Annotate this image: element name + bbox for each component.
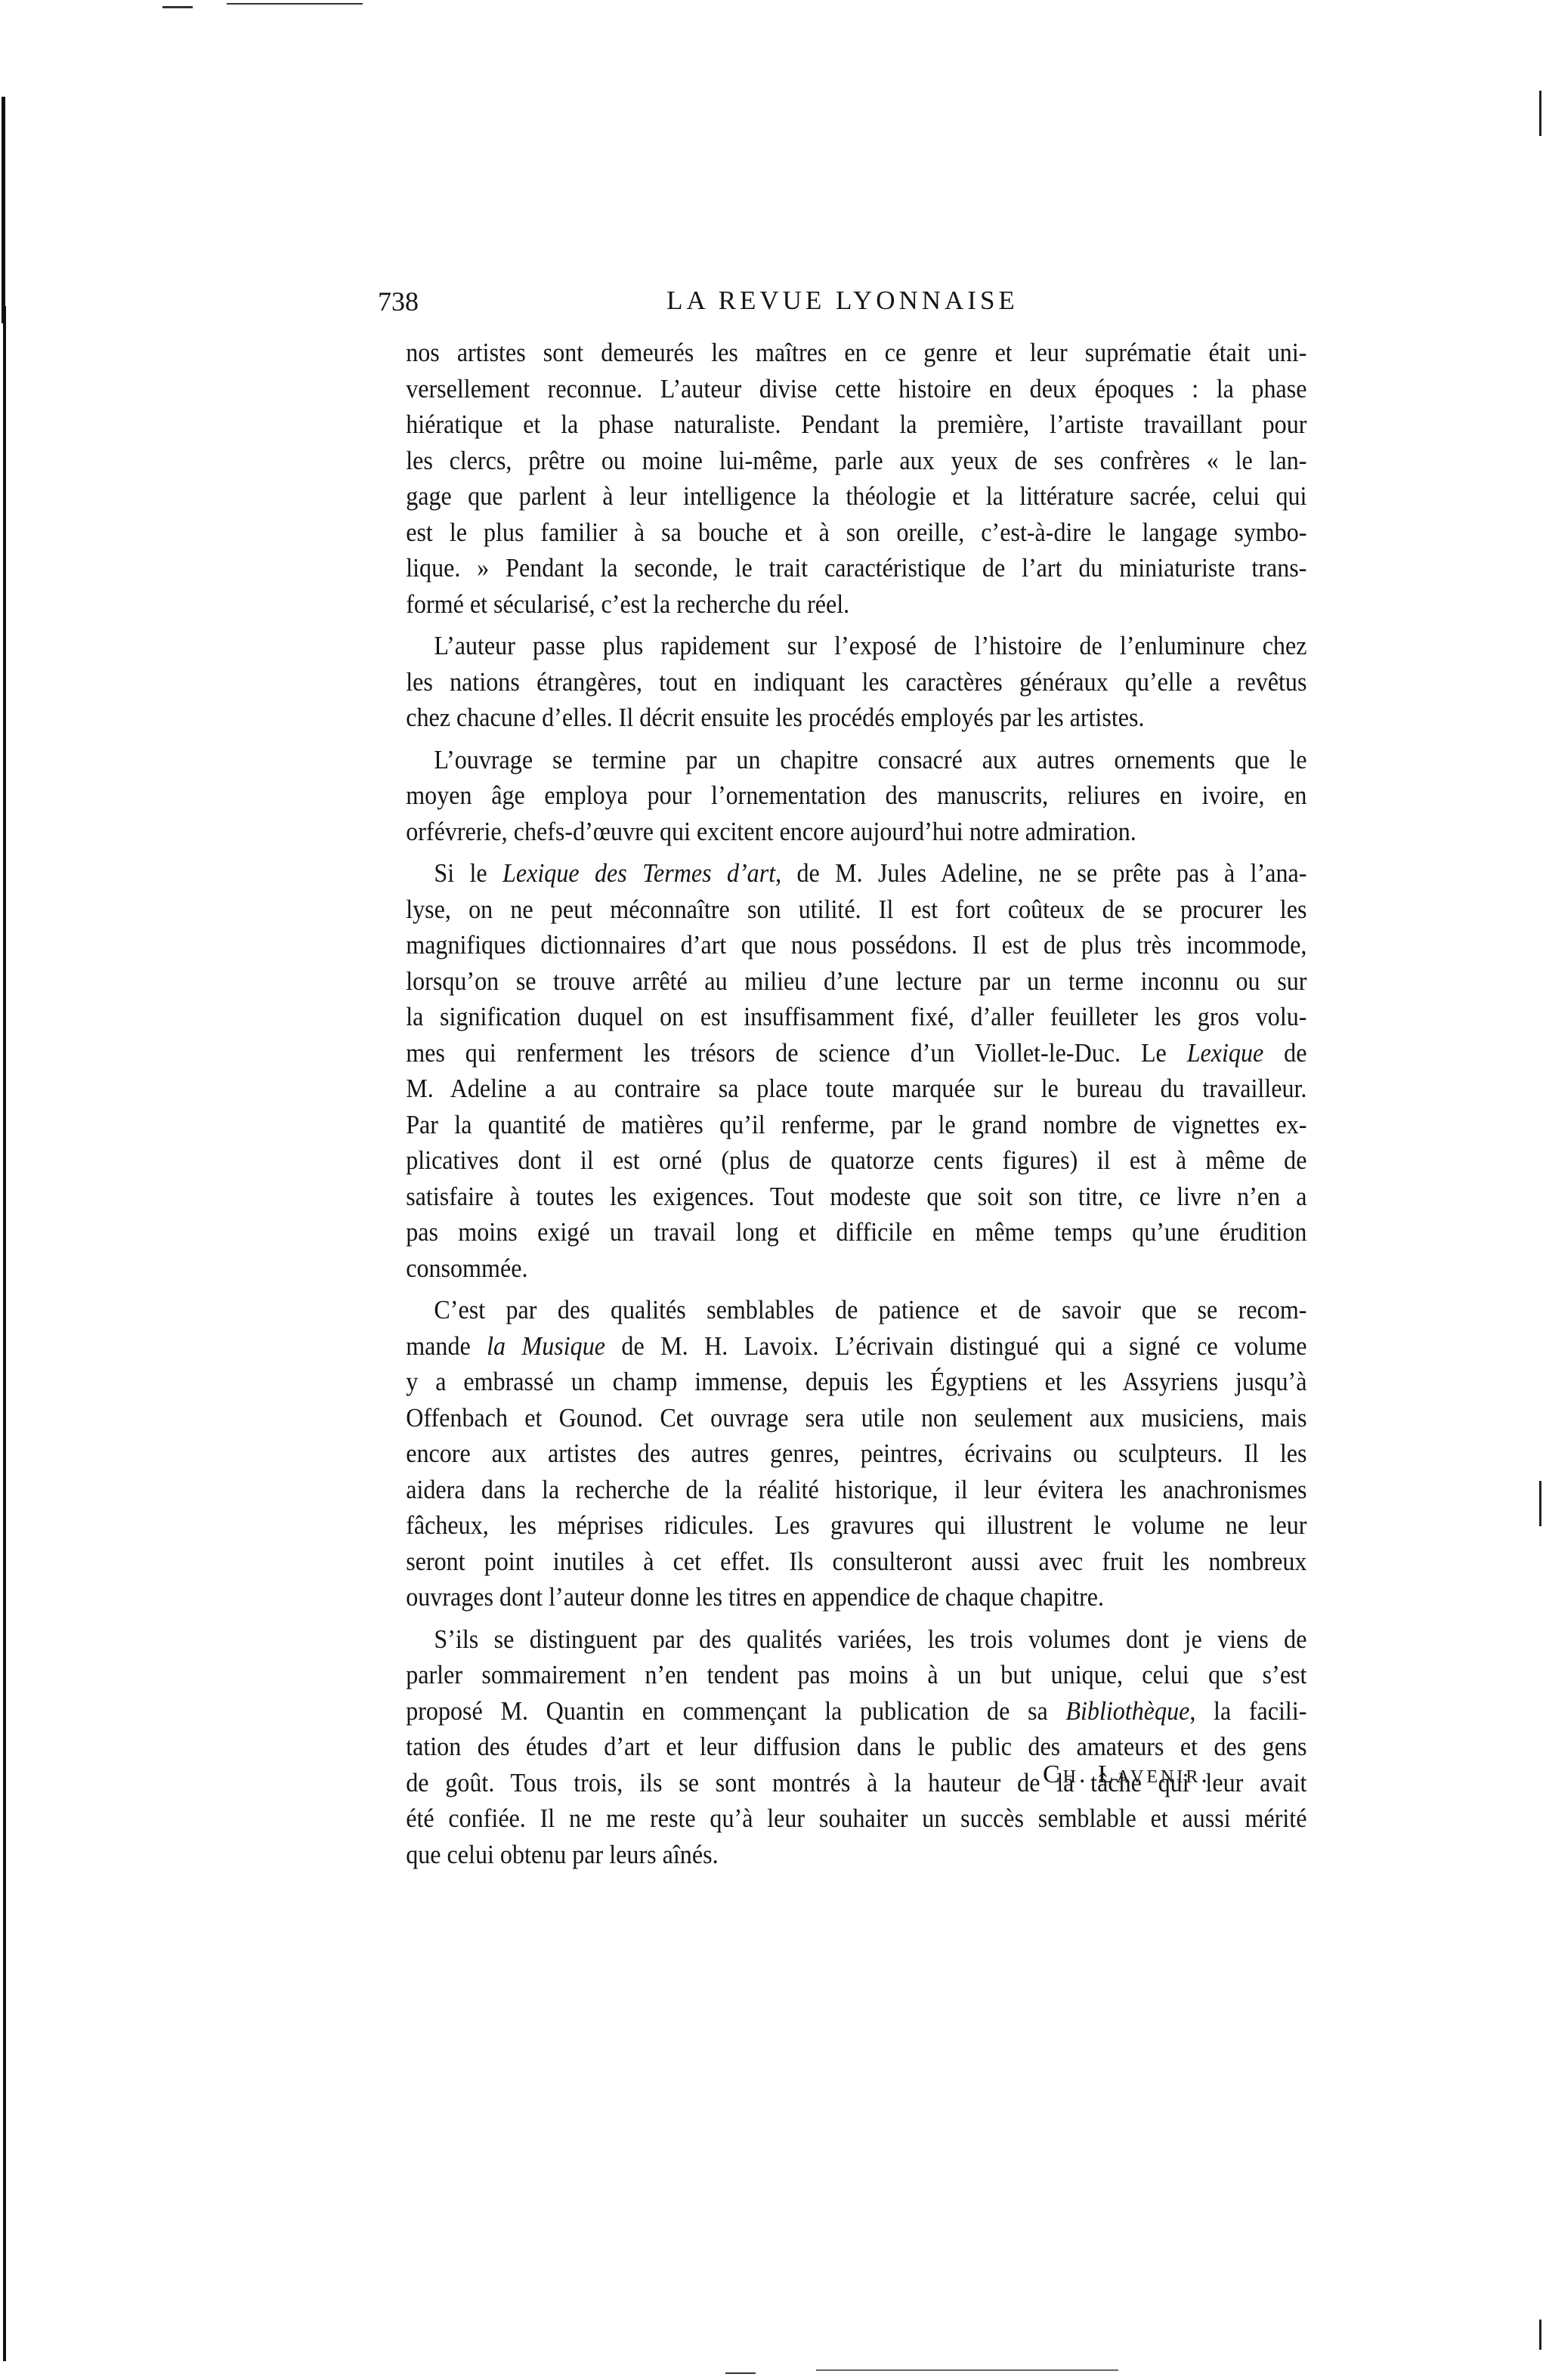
text-line: Si le Lexique des Termes d’art, de M. Ju… [378,856,1306,892]
text-line: versellement reconnue. L’auteur divise c… [378,372,1306,408]
text-line: mande la Musique de M. H. Lavoix. L’écri… [378,1329,1306,1365]
paragraph: Si le Lexique des Termes d’art, de M. Ju… [378,856,1306,1287]
text-line: que celui obtenu par leurs aînés. [378,1838,1306,1874]
text-line: gage que parlent à leur intelligence la … [378,479,1306,515]
running-title: LA REVUE LYONNAISE [378,286,1307,316]
text-line: Par la quantité de matières qu’il renfer… [378,1108,1306,1144]
text-line: ouvrages dont l’auteur donne les titres … [378,1580,1306,1616]
text-line: y a embrassé un champ immense, depuis le… [378,1365,1306,1401]
text-line: Offenbach et Gounod. Cet ouvrage sera ut… [378,1401,1306,1437]
text-line: C’est par des qualités semblables de pat… [378,1293,1306,1329]
paragraph: C’est par des qualités semblables de pat… [378,1293,1306,1616]
text-line: hiératique et la phase naturaliste. Pend… [378,407,1306,444]
text-line: moyen âge employa pour l’ornementation d… [378,778,1306,814]
text-line: proposé M. Quantin en commençant la publ… [378,1694,1306,1730]
text-line: plicatives dont il est orné (plus de qua… [378,1143,1306,1179]
article-body: nos artistes sont demeurés les maîtres e… [378,335,1306,1879]
paragraph: L’auteur passe plus rapidement sur l’exp… [378,629,1306,737]
text-line: satisfaire à toutes les exigences. Tout … [378,1179,1306,1216]
text-line: est le plus familier à sa bouche et à so… [378,515,1306,552]
scan-edge-right [1539,2320,1541,2350]
scan-edge-right [1539,91,1541,136]
text-line: aidera dans la recherche de la réalité h… [378,1473,1306,1509]
text-line: lyse, on ne peut méconnaître son utilité… [378,892,1306,929]
text-line: mes qui renferment les trésors de scienc… [378,1036,1306,1072]
text-line: les clercs, prêtre ou moine lui-même, pa… [378,444,1306,480]
page-header: 738 LA REVUE LYONNAISE [378,286,1307,323]
scan-edge-right [1539,1481,1541,1526]
paragraph: S’ils se distinguent par des qualités va… [378,1622,1306,1874]
text-line: nos artistes sont demeurés les maîtres e… [378,335,1306,372]
text-line: encore aux artistes des autres genres, p… [378,1436,1306,1473]
text-line: magnifiques dictionnaires d’art que nous… [378,928,1306,964]
italic-title: Lexique [1187,1039,1264,1068]
text-line: pas moins exigé un travail long et diffi… [378,1215,1306,1251]
text-line: les nations étrangères, tout en indiquan… [378,665,1306,701]
text-line: M. Adeline a au contraire sa place toute… [378,1071,1306,1108]
italic-title: Lexique des Termes d’art [502,859,775,888]
text-line: orfévrerie, chefs-d’œuvre qui excitent e… [378,814,1306,851]
scan-noise-top [227,3,363,5]
text-line: L’auteur passe plus rapidement sur l’exp… [378,629,1306,665]
scan-noise-bottom [725,2372,756,2374]
scan-noise-top [162,6,193,8]
author-signature: Ch. Lavenir. [1043,1760,1211,1789]
paragraph: L’ouvrage se termine par un chapitre con… [378,743,1306,851]
text-line: L’ouvrage se termine par un chapitre con… [378,743,1306,779]
text-line: S’ils se distinguent par des qualités va… [378,1622,1306,1658]
text-line: formé et sécularisé, c’est la recherche … [378,587,1306,623]
text-line: lorsqu’on se trouve arrêté au milieu d’u… [378,964,1306,1000]
text-line: consommée. [378,1251,1306,1287]
text-line: chez chacune d’elles. Il décrit ensuite … [378,700,1306,737]
paragraph: nos artistes sont demeurés les maîtres e… [378,335,1306,623]
text-line: la signification duquel on est insuffisa… [378,1000,1306,1036]
scan-edge-left [3,306,6,2361]
text-line: lique. » Pendant la seconde, le trait ca… [378,551,1306,587]
italic-title: Bibliothèque [1065,1697,1189,1726]
text-line: fâcheux, les méprises ridicules. Les gra… [378,1508,1306,1544]
italic-title: la Musique [487,1332,605,1361]
text-line: parler sommairement n’en tendent pas moi… [378,1658,1306,1694]
scan-noise-bottom [816,2369,1118,2371]
text-line: été confiée. Il ne me reste qu’à leur so… [378,1801,1306,1838]
text-line: seront point inutiles à cet effet. Ils c… [378,1544,1306,1581]
scan-edge-left [2,97,5,323]
